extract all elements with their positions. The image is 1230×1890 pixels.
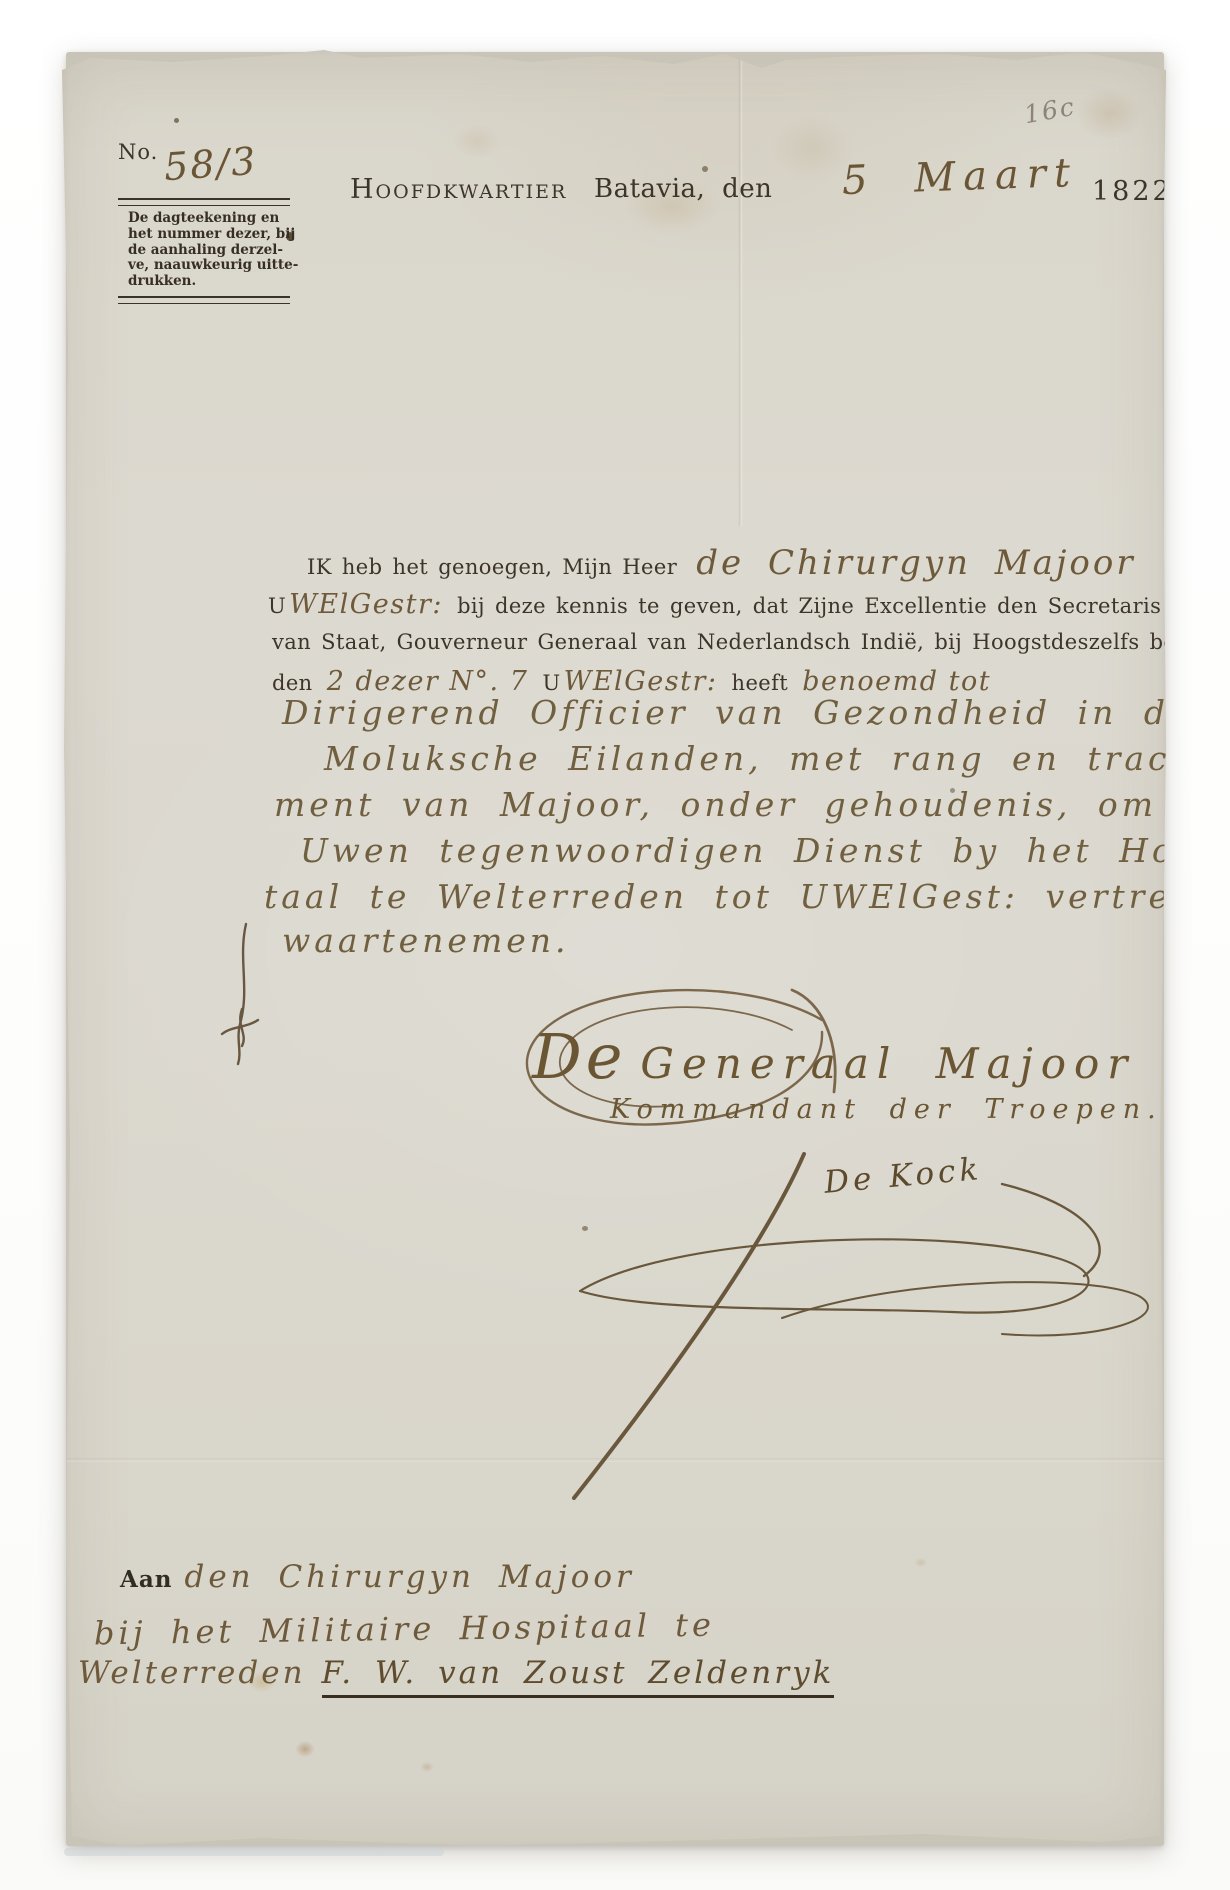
printed-text: heeft xyxy=(732,671,789,695)
printed-instruction-note: De dagteekening en het nummer dezer, bij… xyxy=(128,211,296,290)
printed-rule xyxy=(118,296,290,304)
note-line: het nummer dezer, bij xyxy=(128,227,296,243)
handwritten-text: de Chirurgyn Majoor xyxy=(696,543,1135,583)
printed-text: U xyxy=(542,671,560,695)
ink-speck xyxy=(174,118,179,123)
printed-text: den xyxy=(272,671,313,695)
address-line-1: Aanden Chirurgyn Majoor xyxy=(120,1562,635,1593)
body-line: ment van Majoor, onder gehoudenis, om xyxy=(274,788,1157,821)
reference-number: No.58/3 xyxy=(118,142,258,183)
printed-text: bij deze kennis te geven, dat Zijne Exce… xyxy=(457,594,1161,618)
closing-line-generaal-majoor: DeGeneraal Majoor xyxy=(532,1026,1135,1088)
body-line: IK heb het genoegen, Mijn Heer de Chirur… xyxy=(307,546,1136,580)
foxing-spot xyxy=(292,1738,318,1760)
signature-paraph-flourish-icon xyxy=(482,1126,1182,1546)
handwritten-text: ment van Majoor, onder gehoudenis, om xyxy=(274,785,1157,824)
body-line: den 2 dezer N°. 7 UWElGestr: heeft benoe… xyxy=(272,668,1000,695)
ink-speck xyxy=(702,166,708,172)
handwritten-name-underlined: F. W. van Zoust Zeldenryk xyxy=(322,1655,835,1698)
handwritten-text: Uwen tegenwoordigen Dienst by het Hospi- xyxy=(300,831,1230,870)
paper-sheet: No.58/3 De dagteekening en het nummer de… xyxy=(62,46,1166,1850)
body-line: van Staat, Gouverneur Generaal van Neder… xyxy=(272,632,1230,653)
vertical-fold-crease xyxy=(738,46,743,526)
note-line: drukken. xyxy=(128,274,296,290)
headquarters-label: Hoofdkwartier xyxy=(350,174,567,205)
pen-mark-flourish-icon xyxy=(212,914,272,1074)
handwritten-addressee: den Chirurgyn Majoor xyxy=(184,1559,634,1595)
handwritten-text: waartenemen. xyxy=(282,921,570,960)
document-photo: No.58/3 De dagteekening en het nummer de… xyxy=(0,0,1230,1890)
reference-value-handwritten: 58/3 xyxy=(163,142,259,186)
handwritten-text: Moluksche Eilanden, met rang en tracte- xyxy=(324,739,1226,778)
handwritten-date: 5 Maart xyxy=(841,150,1078,204)
printed-text: van Staat, Gouverneur Generaal van Neder… xyxy=(272,630,1230,654)
body-line: waartenemen. xyxy=(282,924,570,957)
place-and-den-label: Batavia, den xyxy=(594,174,772,204)
note-line: ve, naauwkeurig uitte- xyxy=(128,258,296,274)
stain xyxy=(442,116,512,166)
address-line-3: WelterredenF. W. van Zoust Zeldenryk xyxy=(78,1658,834,1689)
body-line: Dirigerend Officier van Gezondheid in de xyxy=(282,696,1193,729)
reference-label: No. xyxy=(118,140,158,164)
handwritten-text: Dirigerend Officier van Gezondheid in de xyxy=(282,693,1193,732)
foxing-spot xyxy=(912,1556,930,1569)
address-line-2: bij het Militaire Hospitaal te xyxy=(94,1606,715,1653)
closing-line-kommandant: Kommandant der Troepen. xyxy=(610,1094,1163,1125)
handwritten-place: Welterreden xyxy=(78,1655,306,1691)
printed-text: U xyxy=(268,594,286,618)
printed-text: IK heb het genoegen, Mijn Heer xyxy=(307,555,677,579)
body-line: Uwen tegenwoordigen Dienst by het Hospi- xyxy=(300,834,1230,867)
printed-aan-label: Aan xyxy=(120,1566,172,1593)
closing-de: De xyxy=(532,1020,626,1093)
pencil-annotation: 16c xyxy=(1022,92,1078,130)
printed-rule xyxy=(118,198,290,206)
handwritten-text: taal te Welterreden tot UWElGest: vertre… xyxy=(264,877,1196,916)
note-line: De dagteekening en xyxy=(128,211,296,227)
body-line: Moluksche Eilanden, met rang en tracte- xyxy=(324,742,1226,775)
note-line: de aanhaling derzel- xyxy=(128,243,296,259)
closing-rest: Generaal Majoor xyxy=(640,1039,1135,1088)
foxing-spot xyxy=(418,1760,436,1774)
body-line: taal te Welterreden tot UWElGest: vertre… xyxy=(264,880,1196,913)
paper-bottom-edge xyxy=(64,1848,444,1856)
handwritten-text: WElGestr: xyxy=(289,589,443,620)
printed-year: 1822 xyxy=(1092,176,1173,207)
body-line: UWElGestr: bij deze kennis te geven, dat… xyxy=(268,591,1161,618)
